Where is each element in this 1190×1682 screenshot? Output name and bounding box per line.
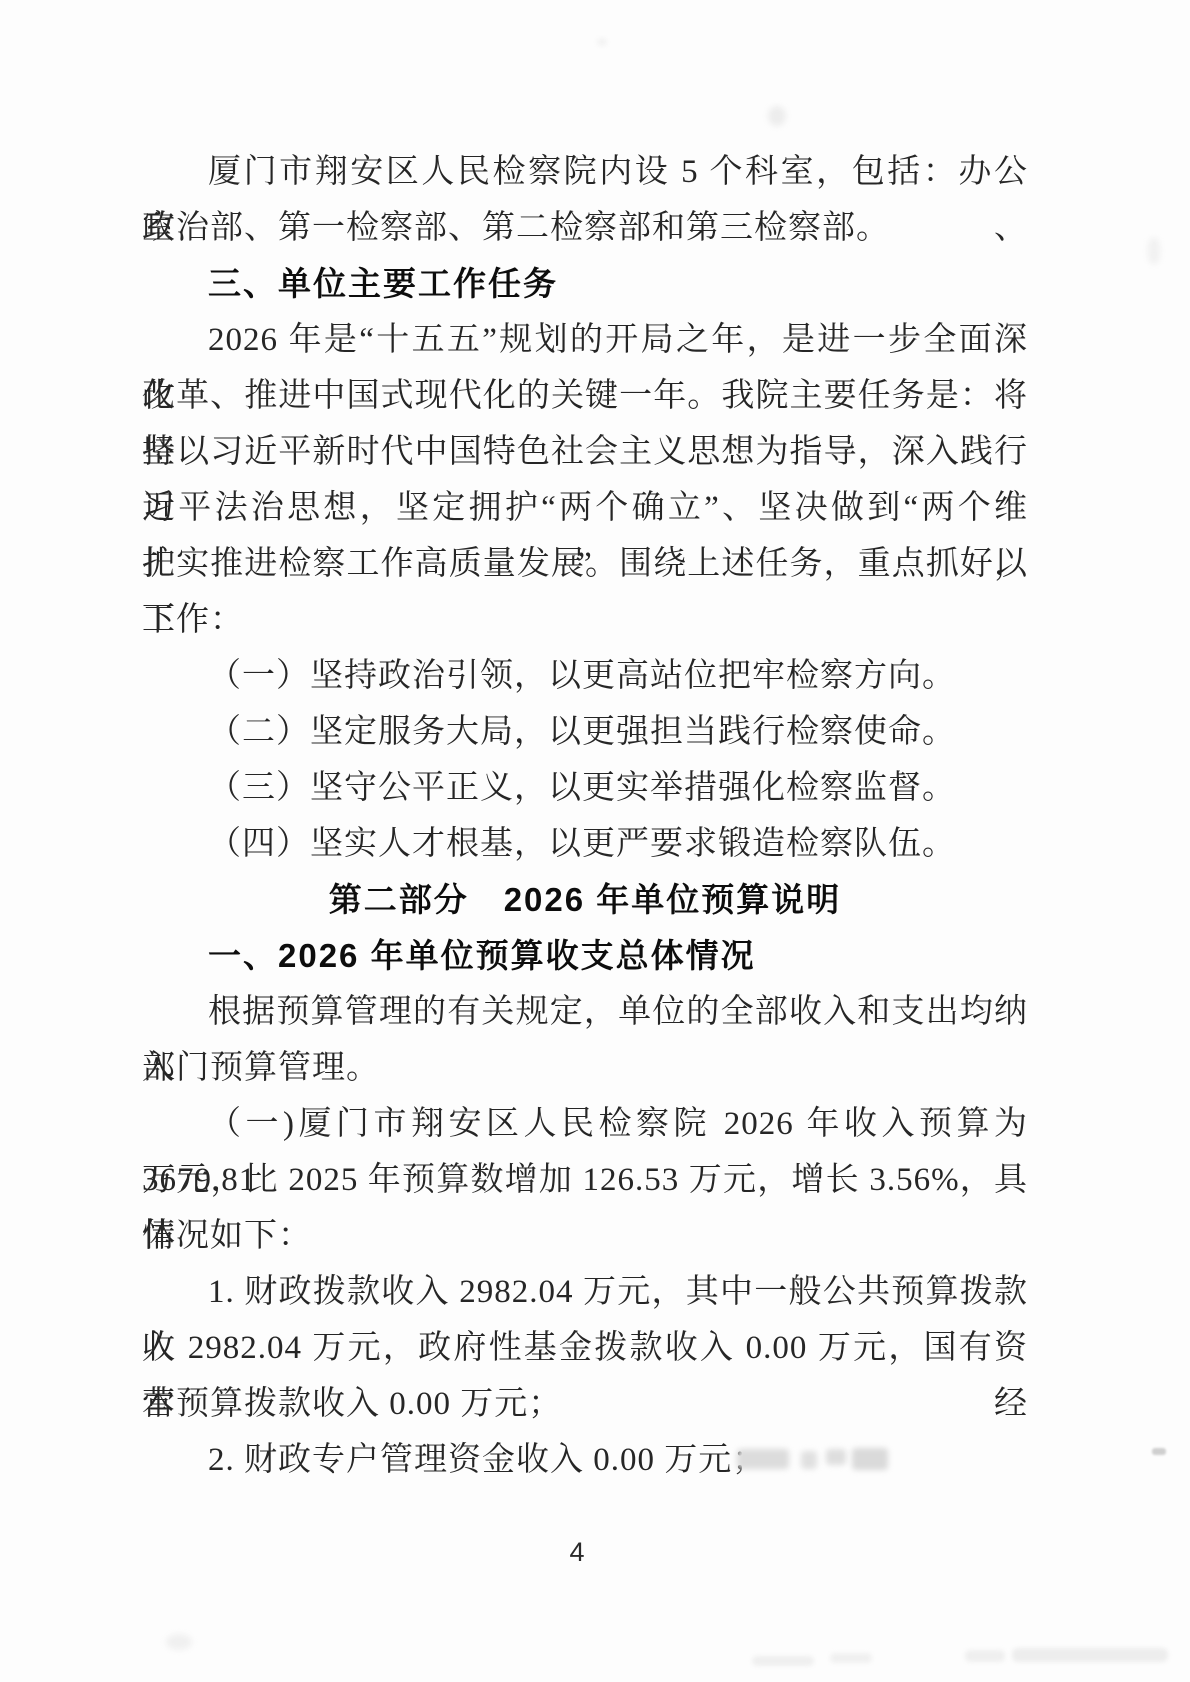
scan-smudge <box>768 106 786 126</box>
paragraph-line: （一)厦门市翔安区人民检察院 2026 年收入预算为 3679.81 <box>142 1096 1028 1152</box>
list-item-line: （三）坚守公平正义，以更实举措强化检察监督。 <box>142 760 1028 816</box>
scan-smudge <box>597 38 607 46</box>
scan-smudge <box>752 1656 814 1666</box>
scan-smudge <box>1012 1648 1168 1662</box>
paragraph-line: 根据预算管理的有关规定，单位的全部收入和支出均纳入 <box>142 984 1028 1040</box>
paragraph-line: 1. 财政拨款收入 2982.04 万元，其中一般公共预算拨款收 <box>142 1264 1028 1320</box>
scan-smudge <box>1148 238 1160 264</box>
paragraph-line: 改革、推进中国式现代化的关键一年。我院主要任务是：将坚 <box>142 368 1028 424</box>
paragraph-line: 厦门市翔安区人民检察院内设 5 个科室，包括：办公室、 <box>142 144 1028 200</box>
scan-smudge <box>830 1653 872 1663</box>
paragraph-line: 情况如下： <box>142 1208 1028 1264</box>
page-number: 4 <box>142 1536 1012 1568</box>
paragraph-line: 万元，比 2025 年预算数增加 126.53 万元，增长 3.56%，具体 <box>142 1152 1028 1208</box>
heading-section-one: 一、2026 年单位预算收支总体情况 <box>142 928 1028 984</box>
scan-smudge <box>166 1634 192 1650</box>
heading-section-three: 三、单位主要工作任务 <box>142 256 1028 312</box>
list-item-line: （四）坚实人才根基，以更严要求锻造检察队伍。 <box>142 816 1028 872</box>
part-two-heading: 第二部分 2026 年单位预算说明 <box>142 872 1028 928</box>
paragraph-line: 部门预算管理。 <box>142 1040 1028 1096</box>
list-item-line: （一）坚持政治引领，以更高站位把牢检察方向。 <box>142 648 1028 704</box>
paragraph-line: 2026 年是“十五五”规划的开局之年，是进一步全面深化 <box>142 312 1028 368</box>
scan-smudge <box>965 1650 1005 1662</box>
document-page: 厦门市翔安区人民检察院内设 5 个科室，包括：办公室、 政治部、第一检察部、第二… <box>0 0 1190 1682</box>
paragraph-line: 持以习近平新时代中国特色社会主义思想为指导，深入践行习 <box>142 424 1028 480</box>
paragraph-line: 入 2982.04 万元，政府性基金拨款收入 0.00 万元，国有资本经 <box>142 1320 1028 1376</box>
scan-smudge <box>1152 1448 1166 1455</box>
paragraph-line: 扎实推进检察工作高质量发展。围绕上述任务，重点抓好以下 <box>142 536 1028 592</box>
list-item-line: （二）坚定服务大局，以更强担当践行检察使命。 <box>142 704 1028 760</box>
document-body: 厦门市翔安区人民检察院内设 5 个科室，包括：办公室、 政治部、第一检察部、第二… <box>142 144 1028 1488</box>
paragraph-line: 工作： <box>142 592 1028 648</box>
paragraph-line: 近平法治思想，坚定拥护“两个确立”、坚决做到“两个维护”， <box>142 480 1028 536</box>
paragraph-line: 2. 财政专户管理资金收入 0.00 万元； <box>142 1432 1028 1488</box>
